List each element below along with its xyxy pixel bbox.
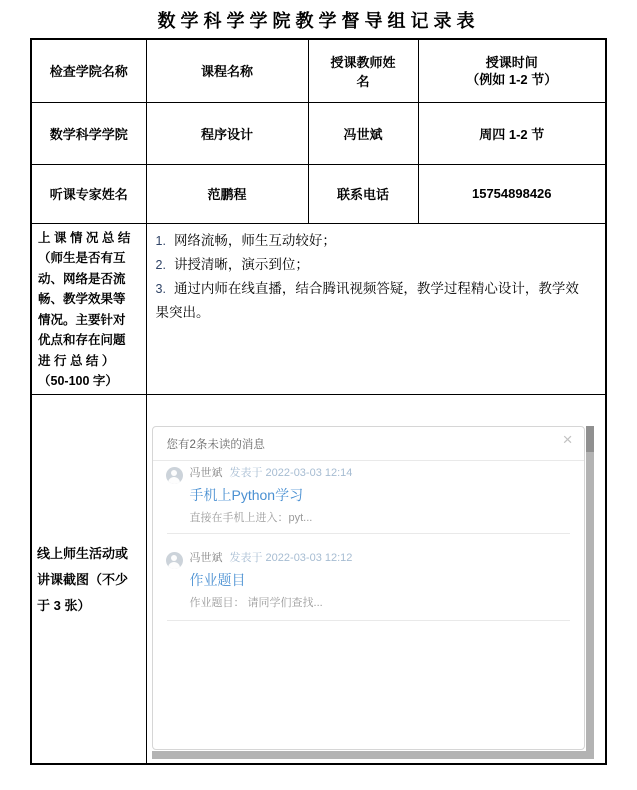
message-item: 冯世斌发表于 2022-03-03 12:14 手机上Python学习 直接在手… [166,466,572,525]
screenshots-row: 线上师生活动或 讲课截图（不少 于 3 张） 您有2条未读的消息 × [31,394,606,764]
phone-value: 15754898426 [418,164,606,223]
message-title-link[interactable]: 手机上Python学习 [190,487,572,504]
message-snippet: 直接在手机上进入：pyt... [190,511,572,525]
summary-label-line: （师生是否有互 [38,248,143,269]
message-item: 冯世斌发表于 2022-03-03 12:12 作业题目 作业题目： 请同学们查… [166,551,572,610]
user-avatar-icon [166,552,183,569]
expert-name-value: 范鹏程 [146,164,308,223]
summary-label-line: 进 行 总 结 ） [38,351,143,372]
header-teacher-label-text: 授课教师姓名 [327,52,399,90]
time-value: 周四 1-2 节 [418,102,606,164]
summary-content: 1.网络流畅，师生互动较好； 2.讲授清晰，演示到位； 3.通过内师在线直播，结… [146,223,606,394]
summary-item-text: 讲授清晰，演示到位； [174,257,309,272]
summary-label-line: 上 课 情 况 总 结 [38,228,143,249]
summary-item: 1.网络流畅，师生互动较好； [156,229,588,253]
summary-label-line: 动、网络是否流 [38,269,143,290]
summary-item-text: 网络流畅，师生互动较好； [174,233,336,248]
header-teacher-label: 授课教师姓名 [308,39,418,102]
teacher-value: 冯世斌 [308,102,418,164]
close-icon[interactable]: × [563,431,573,448]
summary-item-text: 通过内师在线直播，结合腾讯视频答疑，教学过程精心设计，教学效果突出。 [156,281,579,320]
summary-item-number: 1. [156,234,166,248]
summary-label-line: 畅、教学效果等 [38,289,143,310]
message-meta-line: 冯世斌发表于 2022-03-03 12:12 [190,551,572,565]
college-value: 数学科学学院 [31,102,146,164]
divider [167,533,570,534]
message-timestamp: 发表于 2022-03-03 12:14 [230,467,353,479]
header-time-line1: 授课时间 [421,54,604,71]
summary-label-line: （50-100 字） [38,371,143,392]
summary-label-line: 优点和存在问题 [38,330,143,351]
page-title: 数学科学学院教学督导组记录表 [0,7,637,33]
summary-item: 2.讲授清晰，演示到位； [156,253,588,277]
expert-label: 听课专家姓名 [31,164,146,223]
screenshots-label-line: 讲课截图（不少 [37,567,143,593]
message-body: 冯世斌发表于 2022-03-03 12:14 手机上Python学习 直接在手… [190,466,572,525]
summary-row: 上 课 情 况 总 结 （师生是否有互 动、网络是否流 畅、教学效果等 情况。主… [31,223,606,394]
summary-item-number: 3. [156,282,166,296]
notification-panel: 您有2条未读的消息 × 冯世斌发表于 2022-03-03 12:14 手机上P… [152,426,585,750]
header-time-line2: （例如 1-2 节） [421,71,604,88]
screenshots-label-line: 于 3 张） [37,593,143,619]
vertical-scrollbar[interactable] [586,426,594,751]
unread-messages-header: 您有2条未读的消息 [167,436,265,452]
summary-label-line: 情况。主要针对 [38,310,143,331]
message-body: 冯世斌发表于 2022-03-03 12:12 作业题目 作业题目： 请同学们查… [190,551,572,610]
course-value: 程序设计 [146,102,308,164]
embedded-screenshot: 您有2条未读的消息 × 冯世斌发表于 2022-03-03 12:14 手机上P… [152,426,594,759]
header-time-label: 授课时间 （例如 1-2 节） [418,39,606,102]
message-snippet: 作业题目： 请同学们查找... [190,596,572,610]
phone-label: 联系电话 [308,164,418,223]
screenshot-cell: 您有2条未读的消息 × 冯世斌发表于 2022-03-03 12:14 手机上P… [146,394,606,764]
table-header-row: 检查学院名称 课程名称 授课教师姓名 授课时间 （例如 1-2 节） [31,39,606,102]
horizontal-scrollbar[interactable] [152,751,594,759]
user-avatar-icon [166,467,183,484]
divider [167,620,570,621]
message-title-link[interactable]: 作业题目 [190,572,572,589]
message-meta-line: 冯世斌发表于 2022-03-03 12:14 [190,466,572,480]
table-values-row: 数学科学学院 程序设计 冯世斌 周四 1-2 节 [31,102,606,164]
message-timestamp: 发表于 2022-03-03 12:12 [230,552,353,564]
screenshots-label: 线上师生活动或 讲课截图（不少 于 3 张） [31,394,146,764]
summary-item: 3.通过内师在线直播，结合腾讯视频答疑，教学过程精心设计，教学效果突出。 [156,277,588,324]
message-author: 冯世斌 [190,467,223,479]
vertical-scrollbar-thumb[interactable] [586,426,594,452]
message-author: 冯世斌 [190,552,223,564]
table-expert-row: 听课专家姓名 范鹏程 联系电话 15754898426 [31,164,606,223]
summary-label: 上 课 情 况 总 结 （师生是否有互 动、网络是否流 畅、教学效果等 情况。主… [31,223,146,394]
summary-item-number: 2. [156,258,166,272]
header-college-label: 检查学院名称 [31,39,146,102]
record-table: 检查学院名称 课程名称 授课教师姓名 授课时间 （例如 1-2 节） 数学科学学… [30,38,607,765]
screenshots-label-line: 线上师生活动或 [37,541,143,567]
header-course-label: 课程名称 [146,39,308,102]
divider [153,460,584,461]
